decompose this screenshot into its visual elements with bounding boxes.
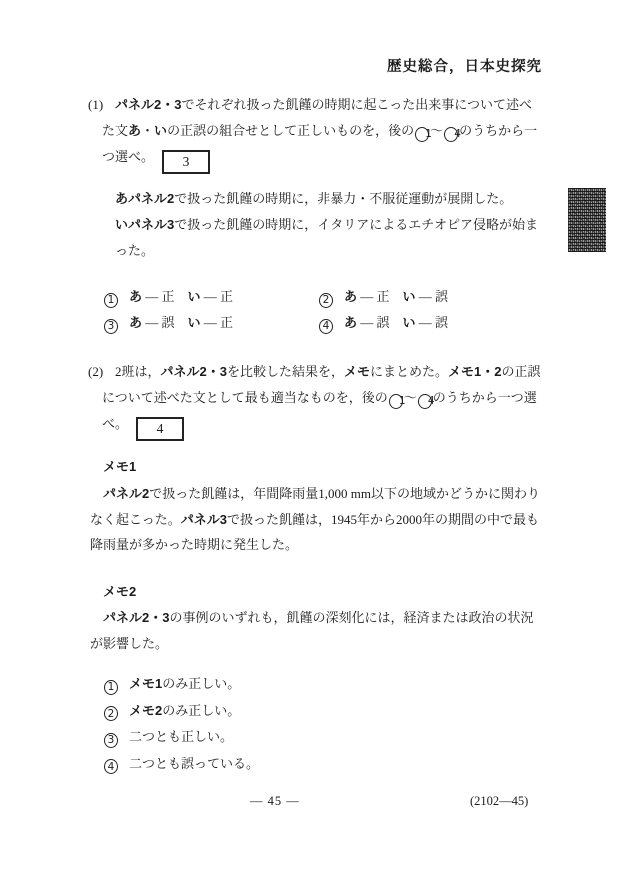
- text-segment: あ: [344, 315, 357, 330]
- text-segment: パネル2: [103, 486, 149, 501]
- memo-1-paragraph: パネル2で扱った飢饉は，年間降雨量1,000 mm以下の地域かどうかに関わりなく…: [90, 481, 544, 558]
- text-segment: を比較した結果を，: [227, 364, 344, 379]
- statement-i-label: い: [102, 212, 128, 238]
- question-1-text: パネル2・3でそれぞれ扱った飢饉の時期に起こった出来事について述べた文あ・いの正…: [102, 92, 544, 174]
- text-segment: パネル2・3: [103, 610, 169, 625]
- statement-i-text: パネル3で扱った飢饉の時期に，イタリアによるエチオピア侵略が始まった。: [115, 217, 538, 258]
- scan-noise-block: [568, 188, 606, 252]
- circled-number-3: 3: [104, 733, 118, 748]
- q2-option-4: 4二つとも誤っている。: [103, 751, 543, 778]
- question-1-number: (1): [88, 92, 103, 118]
- text-segment: ― 正: [201, 315, 234, 330]
- q2-option-2: 2メモ2のみ正しい。: [103, 698, 543, 725]
- text-segment: あ: [129, 289, 142, 304]
- text-segment: ― 誤: [416, 315, 449, 330]
- statement-a-label: あ: [102, 186, 128, 212]
- text-segment: ― 誤: [416, 289, 449, 304]
- q2-option-1: 1メモ1のみ正しい。: [103, 671, 543, 698]
- question-1: (1) パネル2・3でそれぞれ扱った飢饉の時期に起こった出来事について述べた文あ…: [88, 92, 544, 174]
- q1-option-3: 3あ ― 誤 い ― 正: [103, 310, 318, 336]
- q1-option-3-text: あ ― 誤 い ― 正: [129, 315, 233, 330]
- text-segment: パネル3: [181, 512, 227, 527]
- text-segment: で扱った飢饉の時期に，イタリアによるエチオピア侵略が始まった。: [115, 217, 538, 258]
- text-segment: あ: [128, 123, 141, 138]
- text-segment: のみ正しい。: [162, 676, 240, 691]
- statement-a: あ パネル2で扱った飢饉の時期に，非暴力・不服従運動が展開した。: [115, 186, 547, 212]
- circled-number-1: 1: [104, 293, 118, 308]
- circled-number-4: 4: [319, 319, 333, 334]
- text-segment: の正誤の組合せとして正しいものを，後の: [167, 123, 414, 138]
- answer-box-3: 3: [162, 150, 210, 174]
- memo-1-heading: メモ1: [103, 456, 136, 475]
- text-segment: あ: [129, 315, 142, 330]
- text-segment: パネル2: [128, 191, 174, 206]
- statements: あ パネル2で扱った飢饉の時期に，非暴力・不服従運動が展開した。 い パネル3で…: [115, 186, 547, 264]
- q2-option-3-text: 二つとも正しい。: [129, 729, 233, 744]
- text-segment: 二つとも誤っている。: [129, 756, 259, 771]
- question-2-options: 1メモ1のみ正しい。 2メモ2のみ正しい。 3二つとも正しい。 4二つとも誤って…: [103, 671, 543, 777]
- text-segment: パネル2・3: [161, 364, 227, 379]
- page-title: 歴史総合，日本史探究: [0, 55, 542, 76]
- q1-option-4: 4あ ― 誤 い ― 誤: [318, 310, 553, 336]
- text-segment: ― 誤: [357, 315, 403, 330]
- question-2-text: 2班は，パネル2・3を比較した結果を，メモにまとめた。メモ1・2の正誤について述…: [102, 359, 544, 441]
- answer-box-4: 4: [136, 417, 184, 441]
- text-segment: メモ2: [129, 703, 162, 718]
- memo-2-heading: メモ2: [103, 581, 136, 600]
- statement-i: い パネル3で扱った飢饉の時期に，イタリアによるエチオピア侵略が始まった。: [115, 212, 547, 264]
- question-2: (2) 2班は，パネル2・3を比較した結果を，メモにまとめた。メモ1・2の正誤に…: [88, 359, 544, 441]
- q1-option-1-text: あ ― 正 い ― 正: [129, 289, 233, 304]
- question-2-number: (2): [88, 359, 103, 385]
- q1-option-1: 1あ ― 正 い ― 正: [103, 284, 318, 310]
- text-segment: あ: [344, 289, 357, 304]
- circled-number: 1: [415, 127, 429, 142]
- exam-page: 歴史総合，日本史探究 (1) パネル2・3でそれぞれ扱った飢饉の時期に起こった出…: [0, 0, 620, 876]
- memo-2-paragraph: パネル2・3の事例のいずれも，飢饉の深刻化には，経済または政治の状況が影響した。: [90, 605, 544, 656]
- text-segment: メモ1・2: [448, 364, 501, 379]
- statement-a-text: パネル2で扱った飢饉の時期に，非暴力・不服従運動が展開した。: [128, 191, 512, 206]
- text-segment: ― 正: [142, 289, 188, 304]
- q1-option-2-text: あ ― 正 い ― 誤: [344, 289, 448, 304]
- text-segment: にまとめた。: [370, 364, 448, 379]
- page-number: ― 45 ―: [250, 794, 300, 809]
- text-segment: ・: [141, 123, 154, 138]
- circled-number: 4: [418, 394, 432, 409]
- q2-option-2-text: メモ2のみ正しい。: [129, 703, 240, 718]
- text-segment: メモ1: [129, 676, 162, 691]
- text-segment: パネル3: [128, 217, 174, 232]
- text-segment: 二つとも正しい。: [129, 729, 233, 744]
- document-code: (2102―45): [470, 794, 528, 809]
- q2-option-4-text: 二つとも誤っている。: [129, 756, 259, 771]
- text-segment: い: [154, 123, 167, 138]
- q2-option-1-text: メモ1のみ正しい。: [129, 676, 240, 691]
- q1-option-2: 2あ ― 正 い ― 誤: [318, 284, 553, 310]
- text-segment: い: [188, 315, 201, 330]
- question-1-options: 1あ ― 正 い ― 正 2あ ― 正 い ― 誤 3あ ― 誤 い ― 正 4…: [103, 284, 553, 336]
- circled-number-2: 2: [104, 706, 118, 721]
- text-segment: 2班は，: [115, 364, 161, 379]
- circled-number: 4: [444, 127, 458, 142]
- circled-number: 1: [389, 394, 403, 409]
- text-segment: い: [403, 289, 416, 304]
- circled-number-1: 1: [104, 680, 118, 695]
- text-segment: のみ正しい。: [162, 703, 240, 718]
- text-segment: ― 誤: [142, 315, 188, 330]
- circled-number-3: 3: [104, 319, 118, 334]
- q2-option-3: 3二つとも正しい。: [103, 724, 543, 751]
- text-segment: ― 正: [201, 289, 234, 304]
- text-segment: で扱った飢饉の時期に，非暴力・不服従運動が展開した。: [174, 191, 512, 206]
- text-segment: い: [188, 289, 201, 304]
- text-segment: メモ: [344, 364, 370, 379]
- circled-number-2: 2: [319, 293, 333, 308]
- text-segment: パネル2・3: [115, 97, 181, 112]
- text-segment: ― 正: [357, 289, 403, 304]
- circled-number-4: 4: [104, 759, 118, 774]
- q1-option-4-text: あ ― 誤 い ― 誤: [344, 315, 448, 330]
- text-segment: い: [403, 315, 416, 330]
